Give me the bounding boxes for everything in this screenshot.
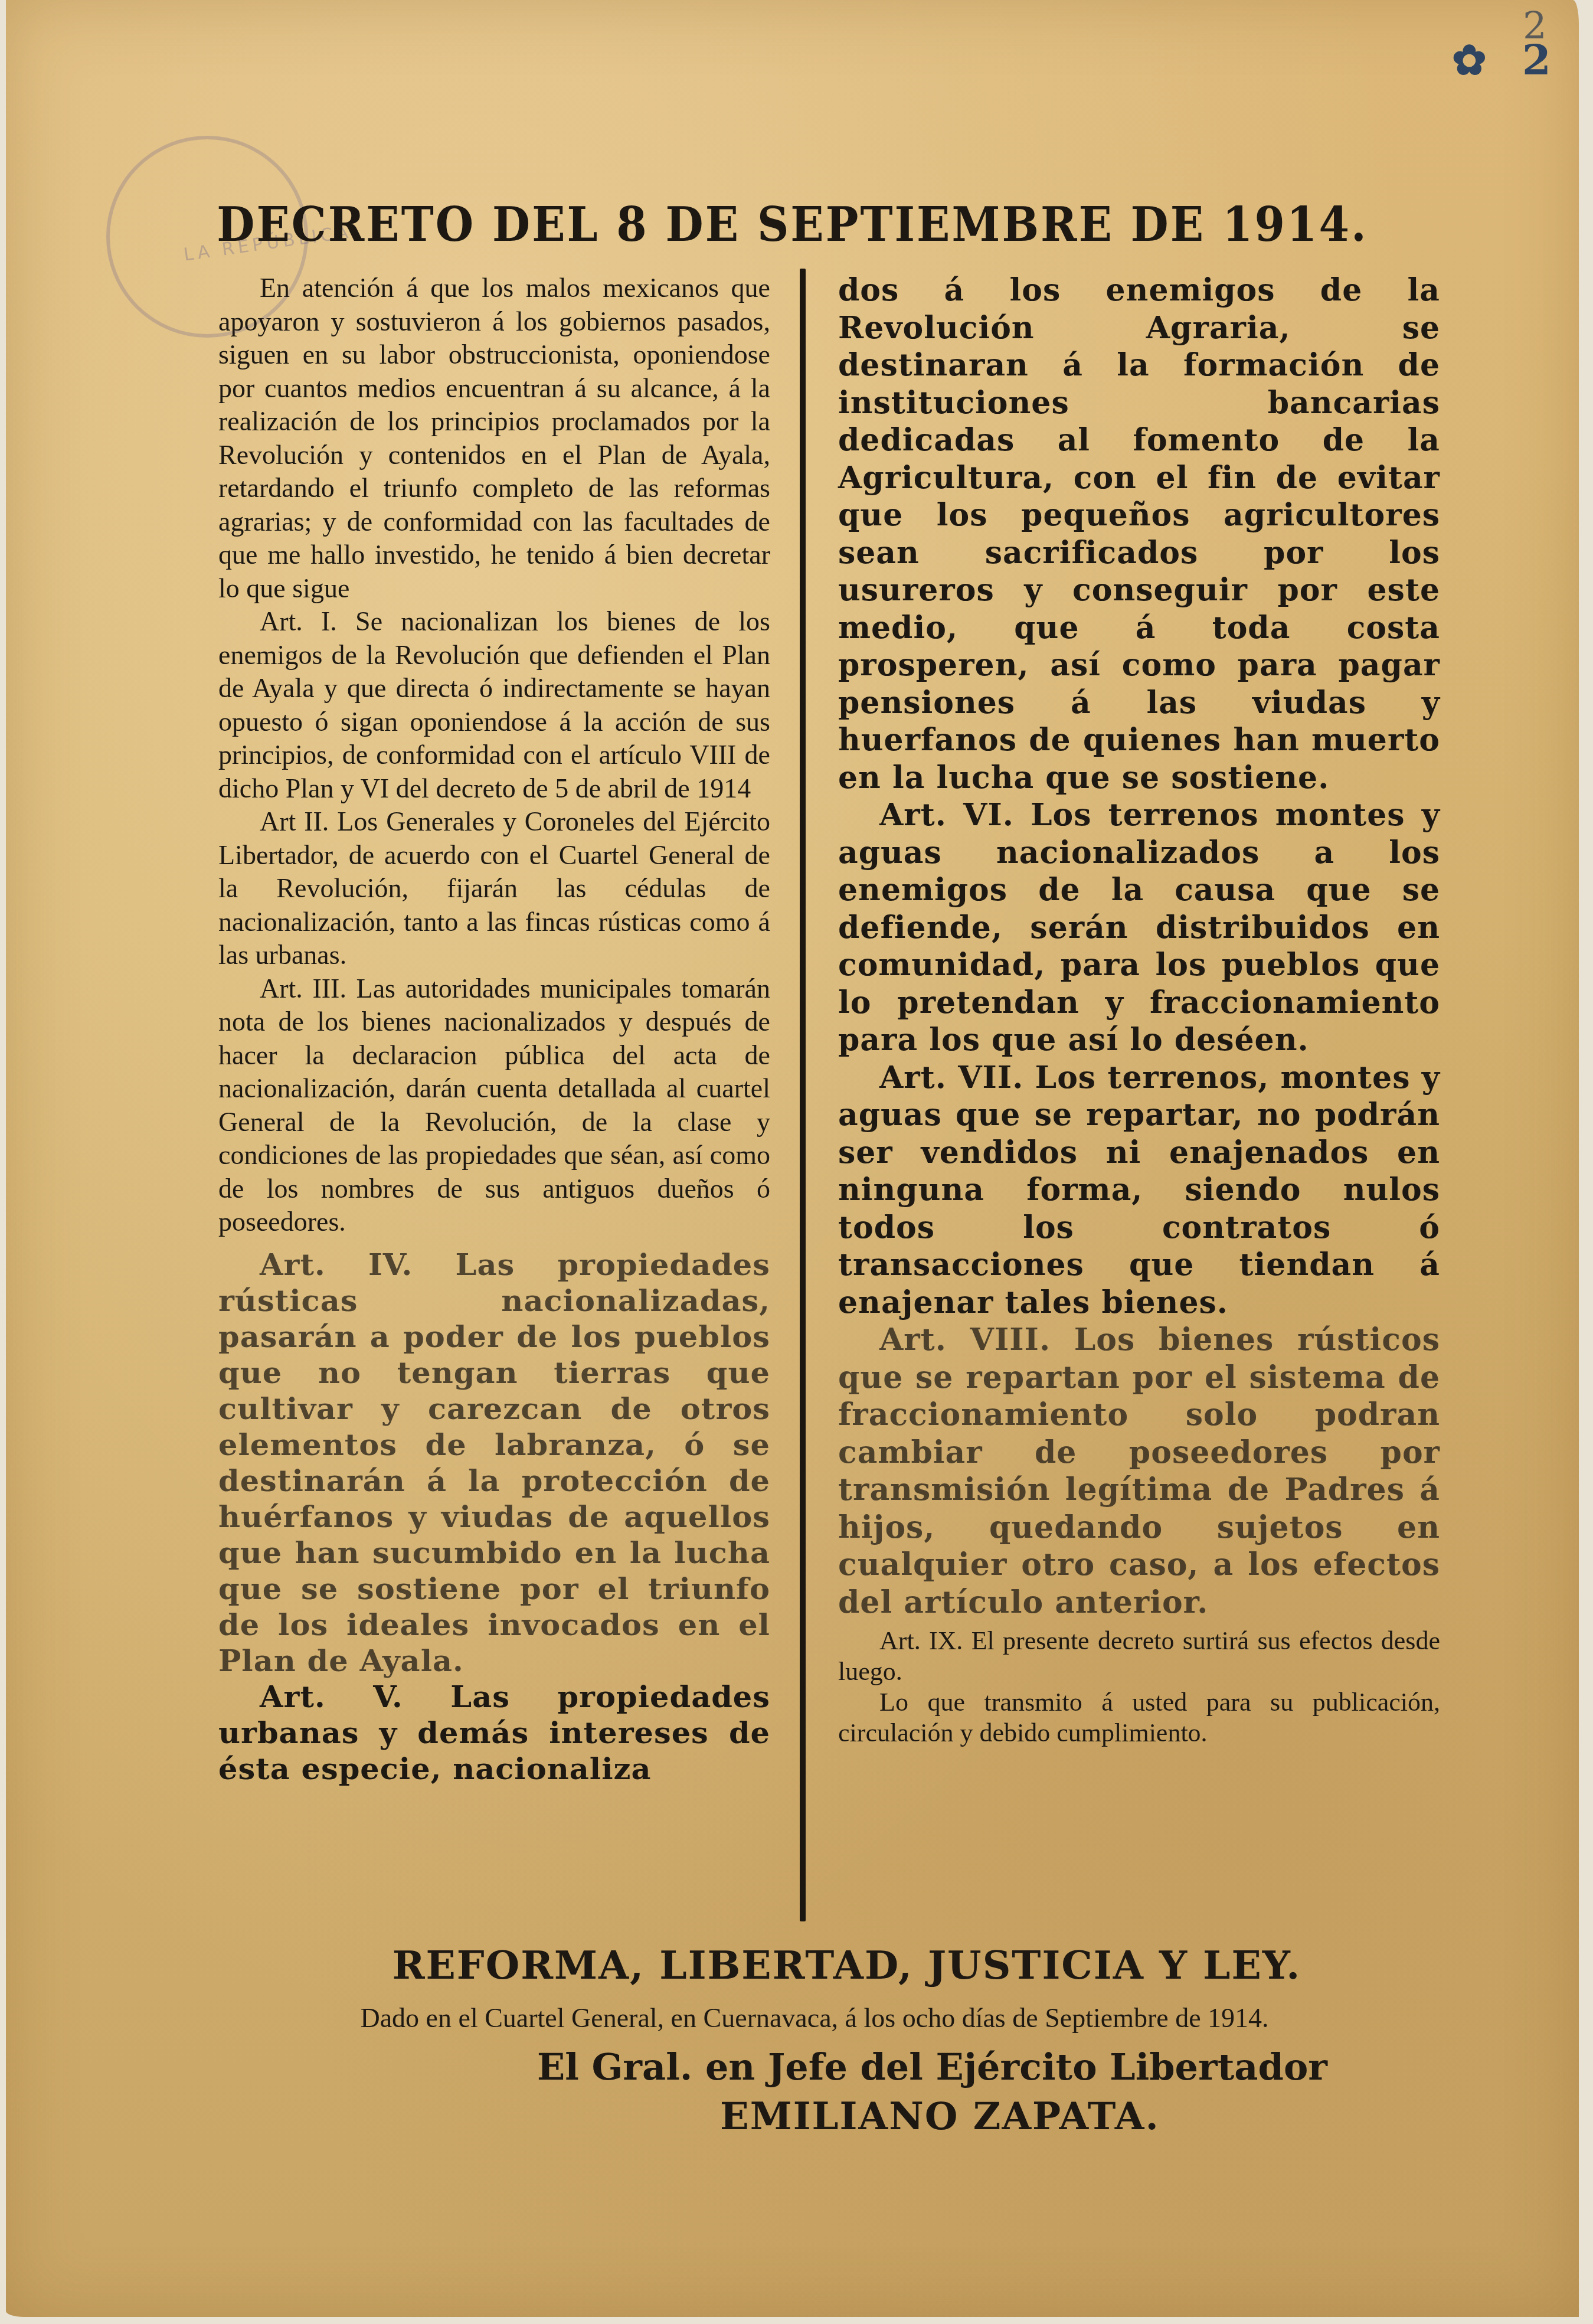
article-5-continuation: dos á los enemigos de la Revolución Agra… [838, 272, 1440, 796]
archive-blue-ink-mark: ✿ 2 [1452, 35, 1562, 84]
left-column: En atención á que los malos mexicanos qu… [218, 272, 770, 1787]
article-8: Art. VIII. Los bienes rústicos que se re… [838, 1321, 1440, 1621]
date-place-line: Dado en el Cuartel General, en Cuernavac… [177, 2002, 1452, 2034]
closing-transmittal: Lo que transmito á usted para su publica… [838, 1687, 1440, 1748]
signatory-name: EMILIANO ZAPATA. [720, 2094, 1160, 2139]
decree-title: DECRETO DEL 8 DE SEPTIEMBRE DE 1914. [6, 198, 1579, 253]
article-3: Art. III. Las autoridades municipales to… [218, 972, 770, 1239]
article-1: Art. I. Se nacionalizan los bienes de lo… [218, 605, 770, 805]
article-6: Art. VI. Los terrenos montes y aguas nac… [838, 796, 1440, 1059]
preamble-paragraph: En atención á que los malos mexicanos qu… [218, 272, 770, 605]
article-4: Art. IV. Las propiedades rústicas nacion… [218, 1247, 770, 1679]
article-2: Art II. Los Generales y Coroneles del Ej… [218, 805, 770, 972]
article-5-start: Art. V. Las propiedades urbanas y demás … [218, 1679, 770, 1787]
right-column: dos á los enemigos de la Revolución Agra… [838, 272, 1440, 1748]
signatory-title: El Gral. en Jefe del Ejército Libertador [537, 2045, 1327, 2088]
column-divider-rule [800, 269, 806, 1921]
document-sheet: 2 ✿ 2 LA REPÚBLICA DECRETO DEL 8 DE SEPT… [6, 0, 1579, 2317]
article-7: Art. VII. Los terrenos, montes y aguas q… [838, 1059, 1440, 1322]
motto-heading: REFORMA, LIBERTAD, JUSTICIA Y LEY. [6, 1942, 1593, 1988]
article-9: Art. IX. El presente decreto surtirá sus… [838, 1626, 1440, 1687]
